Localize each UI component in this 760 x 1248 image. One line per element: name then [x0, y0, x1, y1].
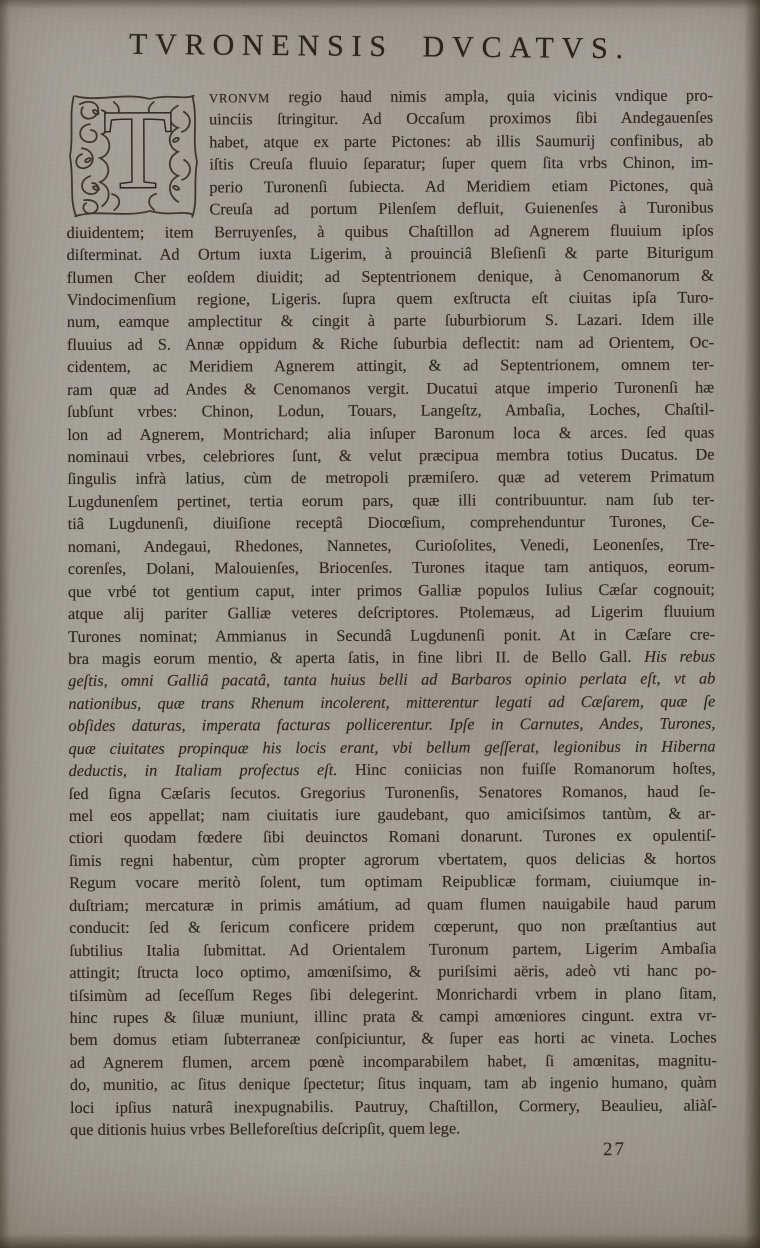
body-line: num, eamque amplectitur & cingit à parte… — [67, 309, 714, 334]
text-segment: ſingulis infrà latius, cùm de metropoli … — [67, 467, 714, 488]
body-line: deductis, in Italiam profectus eſt. Hinc… — [69, 758, 716, 783]
body-line: ad Agnerem flumen, arcem pœnè incomparab… — [70, 1049, 717, 1074]
text-segment: fluuius ad S. Annæ oppidum & Riche ſubur… — [67, 332, 714, 353]
body-line: ſubtilius Italia ſubmittat. Ad Orientale… — [69, 937, 716, 962]
body-line: ſingulis infrà latius, cùm de metropoli … — [67, 466, 714, 491]
text-segment: Hinc coniicias non fuiſſe Romanorum hoſt… — [337, 759, 715, 779]
body-line: que ditionis huius vrbes Belleforeſtius … — [70, 1117, 717, 1142]
body-line: do, munitio, ac ſitus denique ſpectetur;… — [70, 1072, 717, 1097]
body-line: Vindocimenſium regione, Ligeris. ſupra q… — [67, 286, 714, 311]
text-segment: atque alij pariter Galliæ veteres deſcri… — [68, 602, 715, 623]
text-segment: ad Agnerem flumen, arcem pœnè incomparab… — [70, 1050, 717, 1071]
body-line: ſubſunt vrbes: Chinon, Lodun, Touars, La… — [67, 399, 714, 424]
text-segment: Turones nominat; Ammianus in Secundâ Lug… — [68, 624, 715, 645]
text-segment: Creuſa ad portum Pilenſem defluit, Guien… — [209, 198, 713, 219]
text-segment: regio haud nimis ampla, quia vicinis vnd… — [270, 86, 713, 107]
body-line: Creuſa ad portum Pilenſem defluit, Guien… — [209, 197, 713, 221]
text-segment: loci ipſius naturâ inexpugnabilis. Pautr… — [70, 1095, 717, 1116]
body-line: ctiori quodam fœdere ſibi deuinctos Roma… — [69, 825, 716, 850]
body-line: nationibus, quæ trans Rhenum incolerent,… — [68, 690, 715, 715]
italic-text-segment: nationibus, quæ trans Rhenum incolerent,… — [68, 691, 715, 712]
body-line: geſtis, omni Galliâ pacatâ, tanta huius … — [68, 668, 715, 693]
italic-text-segment: quæ ciuitates propinquæ his locis erant,… — [69, 736, 716, 757]
body-line: bra magis eorum mentio, & aperta ſatis, … — [68, 645, 715, 670]
italic-text-segment: deductis, in Italiam profectus eſt. — [69, 760, 338, 780]
page-number: 27 — [603, 1139, 626, 1161]
body-line: ſed ſigna Cæſaris ſecutos. Gregorius Tur… — [69, 780, 716, 805]
body-line: iſtis Creuſa fluuio ſeparatur; ſuper que… — [209, 152, 713, 176]
body-line: obſides daturas, imperata facturas polli… — [68, 713, 715, 738]
text-segment: ſubtilius Italia ſubmittat. Ad Orientale… — [69, 938, 716, 959]
italic-text-segment: obſides daturas, imperata facturas polli… — [68, 714, 715, 735]
text-segment: tiâ Lugdunenſi, diuiſione receptâ Diocœſ… — [68, 512, 715, 533]
text-segment: duſtriam; mercaturæ in primis amátium, a… — [69, 893, 716, 914]
body-line: flumen Cher eoſdem diuidit; ad Septentri… — [67, 264, 714, 289]
body-line: Turones nominat; Ammianus in Secundâ Lug… — [68, 623, 715, 648]
body-line: ſimis regni habentur, cùm propter agroru… — [69, 847, 716, 872]
body-line: Lugdunenſem pertinet, tertia eorum pars,… — [68, 488, 715, 513]
text-segment: habet, atque ex parte Pictones: ab illis… — [209, 130, 713, 151]
body-line: diſterminat. Ad Ortum iuxta Ligerim, à p… — [67, 242, 714, 267]
body-line: quæ ciuitates propinquæ his locis erant,… — [68, 735, 715, 760]
text-segment: iſtis Creuſa fluuio ſeparatur; ſuper que… — [209, 153, 713, 174]
text-segment: que vrbé tot gentium caput, inter primos… — [68, 579, 715, 600]
text-segment: diſterminat. Ad Ortum iuxta Ligerim, à p… — [67, 243, 714, 264]
text-segment: num, eamque amplectitur & cingit à parte… — [67, 310, 714, 331]
body-line: duſtriam; mercaturæ in primis amátium, a… — [69, 892, 716, 917]
body-line: diuidentem; item Berruyenſes, à quibus C… — [67, 219, 714, 244]
book-page-scan: TVRONENSIS DVCATVS. — [0, 0, 760, 1248]
text-segment: diuidentem; item Berruyenſes, à quibus C… — [67, 220, 714, 241]
page-title: TVRONENSIS DVCATVS. — [10, 27, 750, 67]
text-segment: nominaui vrbes, celebriores ſunt, & velu… — [67, 445, 714, 466]
text-segment: perio Turonenſi ſubiecta. Ad Meridiem et… — [209, 175, 713, 196]
body-line: fluuius ad S. Annæ oppidum & Riche ſubur… — [67, 331, 714, 356]
text-segment: corenſes, Dolani, Malouienſes, Briocenſe… — [68, 557, 715, 578]
text-segment: ctiori quodam fœdere ſibi deuinctos Roma… — [69, 826, 716, 847]
text-segment: ſubſunt vrbes: Chinon, Lodun, Touars, La… — [67, 400, 714, 421]
small-caps-segment: VRONVM — [209, 91, 270, 105]
text-segment: cidentem, ac Meridiem Agnerem attingit, … — [67, 355, 714, 376]
body-line: conducit: ſed & ſericum conficere pridem… — [69, 915, 716, 940]
text-segment: hinc rupes & ſiluæ muniunt, illinc prata… — [70, 1005, 717, 1026]
body-line: tiâ Lugdunenſi, diuiſione receptâ Diocœſ… — [68, 511, 715, 536]
body-line: hinc rupes & ſiluæ muniunt, illinc prata… — [70, 1004, 717, 1029]
body-line: uinciis ſtringitur. Ad Occaſum proximos … — [209, 107, 713, 131]
text-segment: ſed ſigna Cæſaris ſecutos. Gregorius Tur… — [69, 781, 716, 802]
body-line: nominaui vrbes, celebriores ſunt, & velu… — [67, 444, 714, 469]
text-segment: Vindocimenſium regione, Ligeris. ſupra q… — [67, 287, 714, 308]
text-segment: que ditionis huius vrbes Belleforeſtius … — [70, 1119, 460, 1139]
text-segment: bra magis eorum mentio, & aperta ſatis, … — [68, 647, 644, 668]
text-segment: conducit: ſed & ſericum conficere pridem… — [69, 916, 716, 937]
body-line: loci ipſius naturâ inexpugnabilis. Pautr… — [70, 1094, 717, 1119]
body-line: cidentem, ac Meridiem Agnerem attingit, … — [67, 354, 714, 379]
text-segment: Regum vocare meritò ſolent, tum optimam … — [69, 871, 716, 892]
body-line: tiſsimùm ad ſeceſſum Reges ſibi delegeri… — [69, 982, 716, 1007]
body-line: mel eos appellat; nam ciuitatis iure gau… — [69, 803, 716, 828]
body-line: corenſes, Dolani, Malouienſes, Briocenſe… — [68, 556, 715, 581]
text-segment: ram quæ ad Andes & Cenomanos vergit. Duc… — [67, 377, 714, 398]
body-line: lon ad Agnerem, Montrichard; alia inſupe… — [67, 421, 714, 446]
body-text: VRONVM regio haud nimis ampla, quia vici… — [66, 85, 717, 1142]
body-line: VRONVM regio haud nimis ampla, quia vici… — [209, 85, 713, 109]
body-line: habet, atque ex parte Pictones: ab illis… — [209, 129, 713, 153]
body-line: Regum vocare meritò ſolent, tum optimam … — [69, 870, 716, 895]
body-line: attingit; ſtructa loco optimo, amœniſsim… — [69, 960, 716, 985]
text-segment: mel eos appellat; nam ciuitatis iure gau… — [69, 804, 716, 825]
text-segment: uinciis ſtringitur. Ad Occaſum proximos … — [209, 108, 713, 129]
text-segment: lon ad Agnerem, Montrichard; alia inſupe… — [67, 422, 714, 443]
body-line: perio Turonenſi ſubiecta. Ad Meridiem et… — [209, 174, 713, 198]
text-segment: flumen Cher eoſdem diuidit; ad Septentri… — [67, 265, 714, 286]
text-segment: bem domus etiam ſubterraneæ conſpiciuntu… — [70, 1028, 717, 1049]
body-line: ram quæ ad Andes & Cenomanos vergit. Duc… — [67, 376, 714, 401]
body-line: bem domus etiam ſubterraneæ conſpiciuntu… — [70, 1027, 717, 1052]
body-line: atque alij pariter Galliæ veteres deſcri… — [68, 601, 715, 626]
italic-text-segment: His rebus — [644, 646, 715, 665]
text-segment: nomani, Andegaui, Rhedones, Nannetes, Cu… — [68, 534, 715, 555]
body-line: nomani, Andegaui, Rhedones, Nannetes, Cu… — [68, 533, 715, 558]
body-line: que vrbé tot gentium caput, inter primos… — [68, 578, 715, 603]
text-segment: Lugdunenſem pertinet, tertia eorum pars,… — [68, 489, 715, 510]
text-segment: attingit; ſtructa loco optimo, amœniſsim… — [69, 961, 716, 982]
text-segment: do, munitio, ac ſitus denique ſpectetur;… — [70, 1073, 717, 1094]
italic-text-segment: geſtis, omni Galliâ pacatâ, tanta huius … — [68, 669, 715, 690]
text-segment: tiſsimùm ad ſeceſſum Reges ſibi delegeri… — [69, 983, 716, 1004]
text-segment: ſimis regni habentur, cùm propter agroru… — [69, 848, 716, 869]
